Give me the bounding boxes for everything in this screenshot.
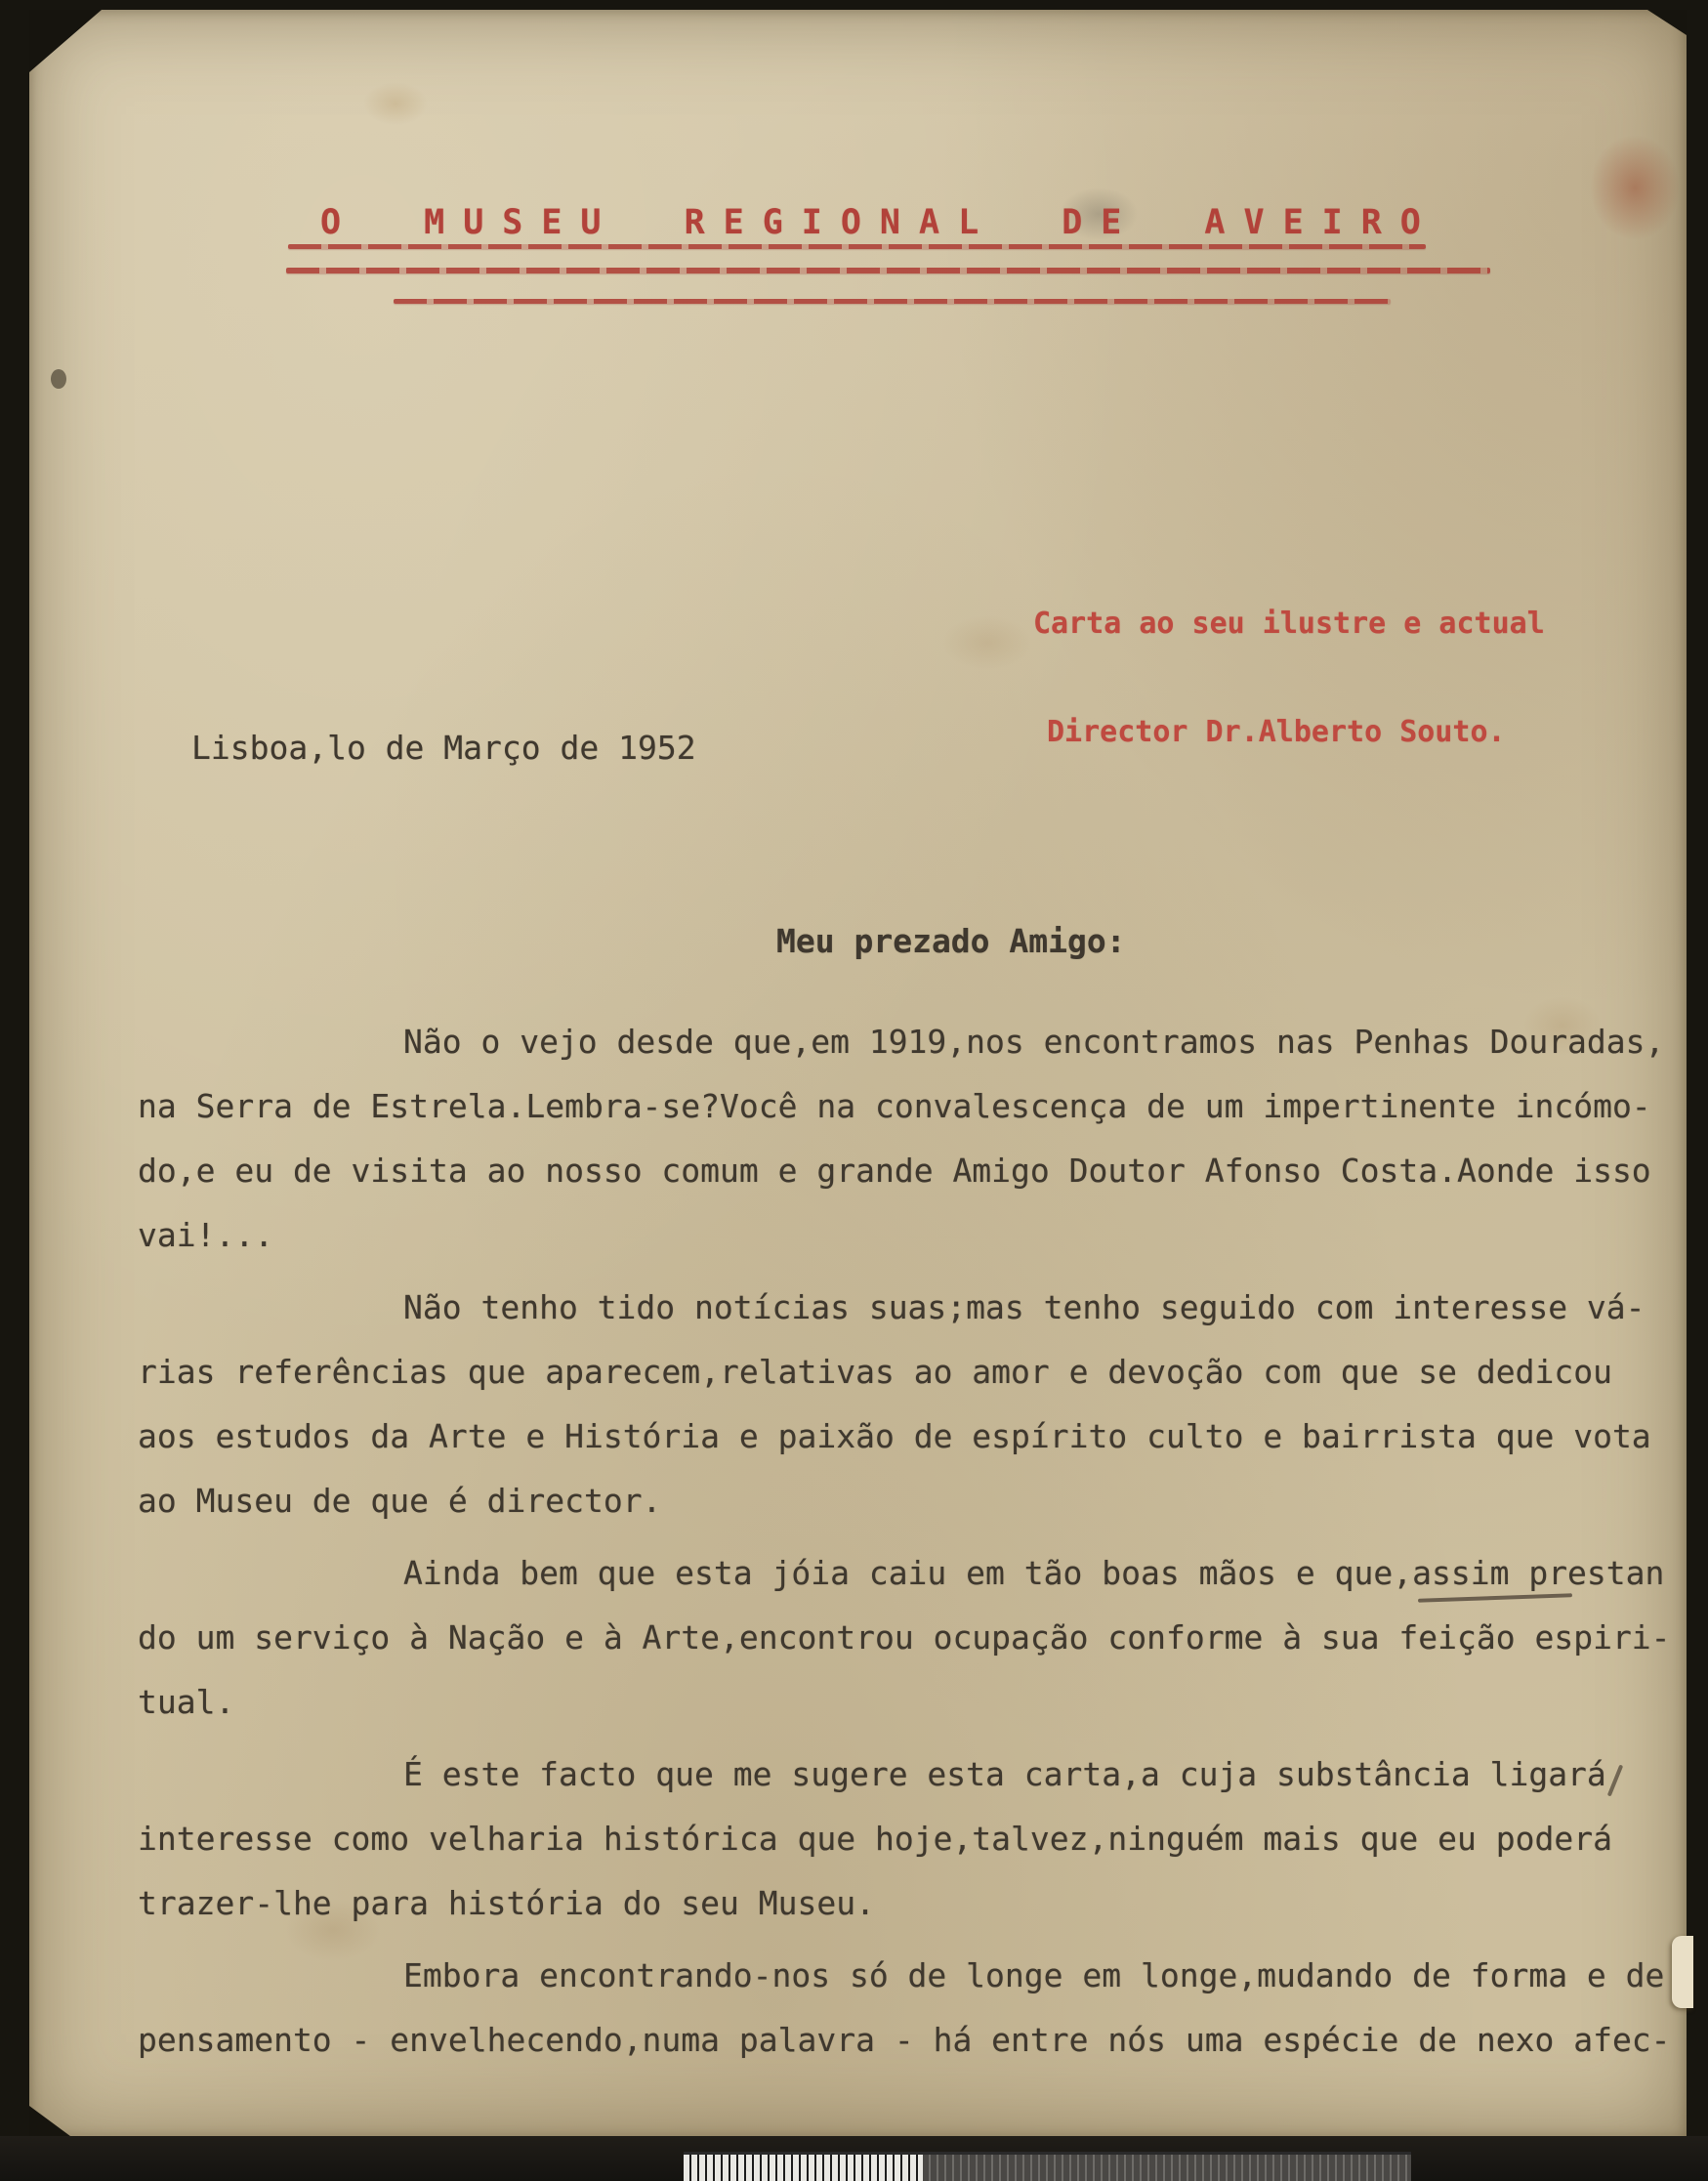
body-line: Não tenho tido notícias suas;mas tenho s…	[138, 1276, 1671, 1340]
paragraph: Não o vejo desde que,em 1919,nos encontr…	[138, 1010, 1671, 1268]
body-line: pensamento - envelhecendo,numa palavra -…	[138, 2008, 1671, 2073]
paragraph: Ainda bem que esta jóia caiu em tão boas…	[138, 1541, 1671, 1735]
body-line: Embora encontrando-nos só de longe em lo…	[138, 1944, 1671, 2008]
dedication-line: Carta ao seu ilustre e actual	[1033, 606, 1545, 642]
body-line: aos estudos da Arte e História e paixão …	[138, 1405, 1671, 1469]
dedication-note: Carta ao seu ilustre e actual Director D…	[1033, 533, 1545, 822]
decorative-rule	[286, 268, 1490, 273]
corner-cut-bottom-left	[29, 2106, 74, 2139]
paragraph: Não tenho tido notícias suas;mas tenho s…	[138, 1276, 1671, 1533]
body-line: É este facto que me sugere esta carta,a …	[138, 1742, 1671, 1807]
scale-ruler	[684, 2152, 923, 2181]
body-line: na Serra de Estrela.Lembra-se?Você na co…	[138, 1074, 1671, 1139]
body-line: trazer-lhe para história do seu Museu.	[138, 1871, 1671, 1936]
scanned-letter-page: O MUSEU REGIONAL DE AVEIRO Carta ao seu …	[0, 0, 1708, 2181]
paragraph: É este facto que me sugere esta carta,a …	[138, 1742, 1671, 1936]
body-line: do um serviço à Nação e à Arte,encontrou…	[138, 1606, 1671, 1670]
title-underline	[288, 244, 1426, 249]
scale-ruler	[923, 2152, 1411, 2181]
letter-body: Não o vejo desde que,em 1919,nos encontr…	[138, 1010, 1671, 2080]
body-line: do,e eu de visita ao nosso comum e grand…	[138, 1139, 1671, 1203]
body-line: tual.	[138, 1670, 1671, 1735]
body-line: interesse como velharia histórica que ho…	[138, 1807, 1671, 1871]
paragraph: Embora encontrando-nos só de longe em lo…	[138, 1944, 1671, 2073]
body-line: vai!...	[138, 1203, 1671, 1268]
dateline: Lisboa,lo de Março de 1952	[191, 729, 696, 767]
dedication-line: Director Dr.Alberto Souto.	[1033, 714, 1545, 750]
corner-cut-top-left	[29, 10, 102, 72]
body-line: ao Museu de que é director.	[138, 1469, 1671, 1533]
decorative-rule	[394, 299, 1391, 304]
page-title: O MUSEU REGIONAL DE AVEIRO	[320, 203, 1439, 242]
body-line: Ainda bem que esta jóia caiu em tão boas…	[138, 1541, 1671, 1606]
corner-cut-top-right	[1647, 10, 1687, 35]
body-line: rias referências que aparecem,relativas …	[138, 1340, 1671, 1405]
body-line: Não o vejo desde que,em 1919,nos encontr…	[138, 1010, 1671, 1074]
salutation: Meu prezado Amigo:	[776, 922, 1126, 960]
